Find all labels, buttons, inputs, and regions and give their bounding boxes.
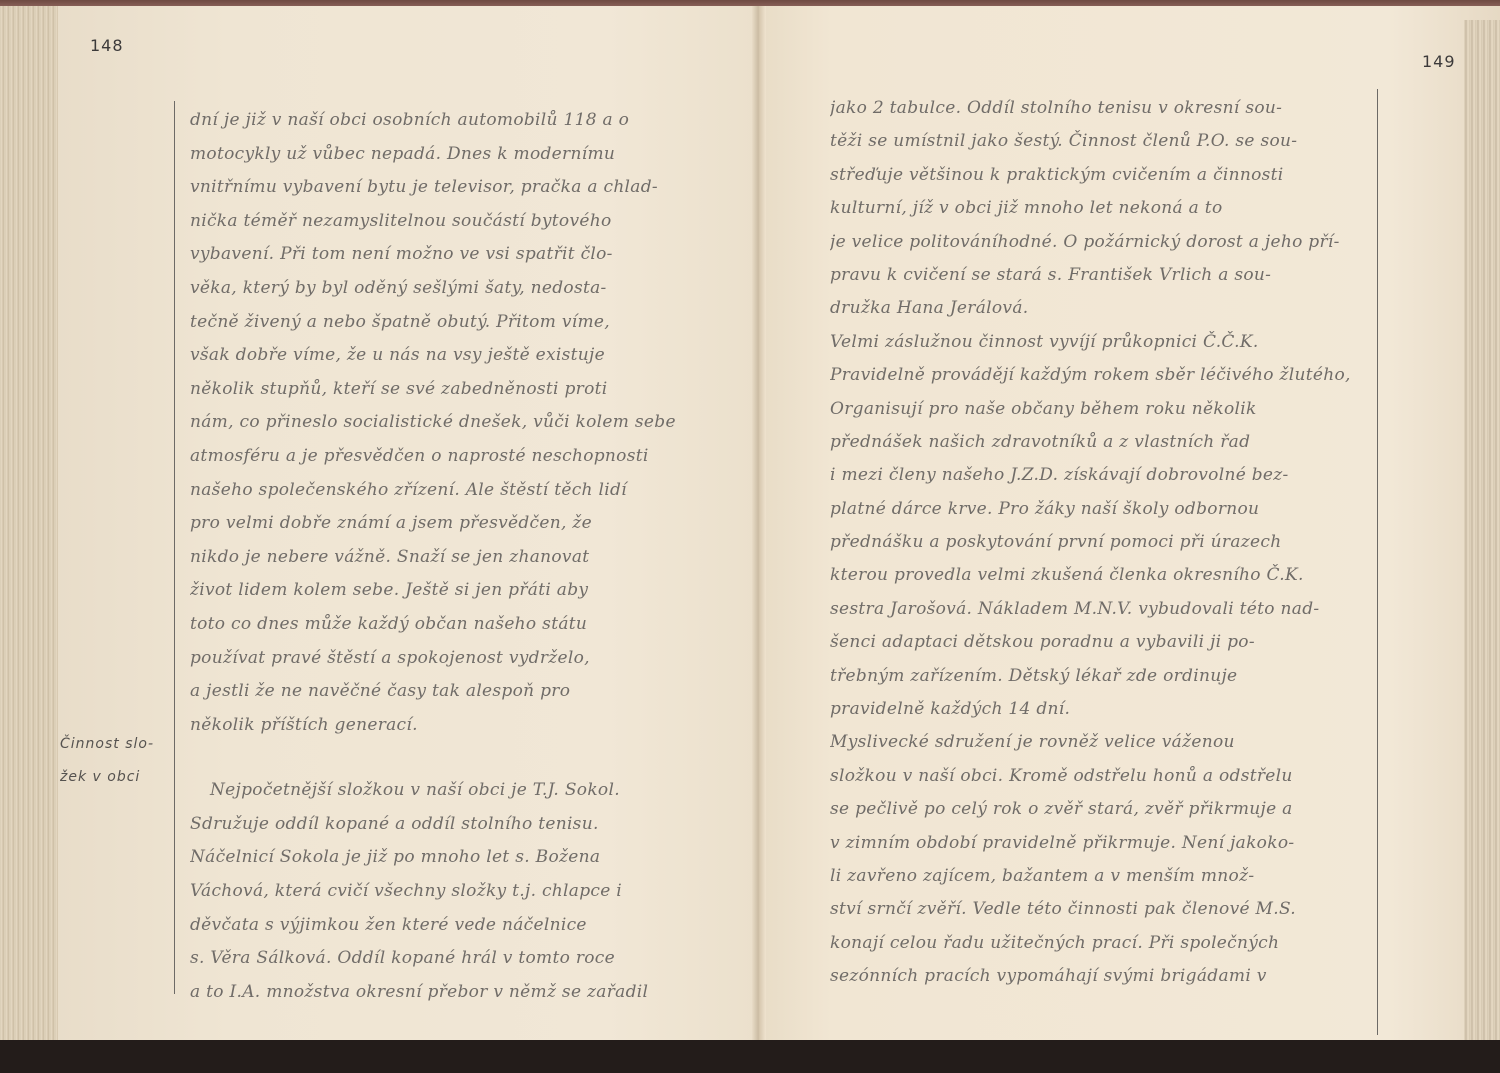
text-line: Organisují pro naše občany během roku ně… xyxy=(830,393,1370,426)
text-line: vnitřnímu vybavení bytu je televisor, pr… xyxy=(190,171,710,205)
text-line: atmosféru a je přesvědčen o naprosté nes… xyxy=(190,440,710,474)
text-line: složkou v naší obci. Kromě odstřelu honů… xyxy=(830,760,1370,793)
text-line: konají celou řadu užitečných prací. Při … xyxy=(830,927,1370,960)
text-line: přednášku a poskytování první pomoci při… xyxy=(830,526,1370,559)
text-line: Sdružuje oddíl kopané a oddíl stolního t… xyxy=(190,808,710,842)
text-line: ství srnčí zvěří. Vedle této činnosti pa… xyxy=(830,893,1370,926)
left-page-text: dní je již v naší obci osobních automobi… xyxy=(190,104,710,1009)
text-line: a jestli že ne navěčné časy tak alespoň … xyxy=(190,675,710,709)
right-page-text: jako 2 tabulce. Oddíl stolního tenisu v … xyxy=(830,92,1370,994)
text-line: střeďuje většinou k praktickým cvičením … xyxy=(830,159,1370,192)
paragraph-gap xyxy=(190,742,710,774)
text-line: Pravidelně provádějí každým rokem sběr l… xyxy=(830,359,1370,392)
text-line: i mezi členy našeho J.Z.D. získávají dob… xyxy=(830,459,1370,492)
text-line: nikdo je nebere vážně. Snaží se jen zhan… xyxy=(190,541,710,575)
text-line: a to I.A. množstva okresní přebor v němž… xyxy=(190,976,710,1010)
text-line: toto co dnes může každý občan našeho stá… xyxy=(190,608,710,642)
text-line: nám, co přineslo socialistické dnešek, v… xyxy=(190,406,710,440)
text-line: nička téměř nezamyslitelnou součástí byt… xyxy=(190,205,710,239)
text-line: li zavřeno zajícem, bažantem a v menším … xyxy=(830,860,1370,893)
text-line: sezónních pracích vypomáhají svými brigá… xyxy=(830,960,1370,993)
open-book: 148 149 Činnost slo- žek v obci dní je j… xyxy=(0,0,1500,1073)
text-line: věka, který by byl oděný sešlými šaty, n… xyxy=(190,272,710,306)
text-line: několik stupňů, kteří se své zabedněnost… xyxy=(190,373,710,407)
text-line: motocykly už vůbec nepadá. Dnes k modern… xyxy=(190,138,710,172)
text-line: s. Věra Sálková. Oddíl kopané hrál v tom… xyxy=(190,942,710,976)
left-margin-rule xyxy=(174,101,175,994)
text-line: Velmi záslužnou činnost vyvíjí průkopnic… xyxy=(830,326,1370,359)
page-number-left: 148 xyxy=(90,36,124,55)
text-line: používat pravé štěstí a spokojenost vydr… xyxy=(190,642,710,676)
margin-note-line: žek v obci xyxy=(60,761,170,794)
text-line: dní je již v naší obci osobních automobi… xyxy=(190,104,710,138)
text-line: Váchová, která cvičí všechny složky t.j.… xyxy=(190,875,710,909)
text-line: pro velmi dobře známí a jsem přesvědčen,… xyxy=(190,507,710,541)
text-line: pravu k cvičení se stará s. František Vr… xyxy=(830,259,1370,292)
text-line: však dobře víme, že u nás na vsy ještě e… xyxy=(190,339,710,373)
text-line: Nejpočetnější složkou v naší obci je T.J… xyxy=(190,774,710,808)
text-line: přednášek našich zdravotníků a z vlastní… xyxy=(830,426,1370,459)
text-line: vybavení. Při tom není možno ve vsi spat… xyxy=(190,238,710,272)
right-page-stack-edges xyxy=(1464,20,1500,1040)
text-line: jako 2 tabulce. Oddíl stolního tenisu v … xyxy=(830,92,1370,125)
margin-note: Činnost slo- žek v obci xyxy=(60,728,170,794)
left-page-stack-edges xyxy=(0,6,58,1046)
page-number-right: 149 xyxy=(1422,52,1456,71)
text-line: kulturní, jíž v obci již mnoho let nekon… xyxy=(830,192,1370,225)
right-margin-rule xyxy=(1377,89,1378,1035)
text-line: tečně živený a nebo špatně obutý. Přitom… xyxy=(190,306,710,340)
text-line: šenci adaptaci dětskou poradnu a vybavil… xyxy=(830,626,1370,659)
text-line: platné dárce krve. Pro žáky naší školy o… xyxy=(830,493,1370,526)
text-line: sestra Jarošová. Nákladem M.N.V. vybudov… xyxy=(830,593,1370,626)
text-line: Myslivecké sdružení je rovněž velice váž… xyxy=(830,726,1370,759)
text-line: se pečlivě po celý rok o zvěř stará, zvě… xyxy=(830,793,1370,826)
text-line: Náčelnicí Sokola je již po mnoho let s. … xyxy=(190,841,710,875)
text-line: pravidelně každých 14 dní. xyxy=(830,693,1370,726)
text-line: družka Hana Jerálová. xyxy=(830,292,1370,325)
text-line: našeho společenského zřízení. Ale štěstí… xyxy=(190,474,710,508)
scan-background-bottom xyxy=(0,1040,1500,1073)
text-line: těži se umístnil jako šestý. Činnost čle… xyxy=(830,125,1370,158)
book-gutter xyxy=(752,6,766,1046)
text-line: kterou provedla velmi zkušená členka okr… xyxy=(830,559,1370,592)
text-line: třebným zařízením. Dětský lékař zde ordi… xyxy=(830,660,1370,693)
text-line: život lidem kolem sebe. Ještě si jen přá… xyxy=(190,574,710,608)
margin-note-line: Činnost slo- xyxy=(60,728,170,761)
text-line: několik příštích generací. xyxy=(190,709,710,743)
text-line: je velice politováníhodné. O požárnický … xyxy=(830,226,1370,259)
text-line: děvčata s výjimkou žen které vede náčeln… xyxy=(190,909,710,943)
text-line: v zimním období pravidelně přikrmuje. Ne… xyxy=(830,827,1370,860)
